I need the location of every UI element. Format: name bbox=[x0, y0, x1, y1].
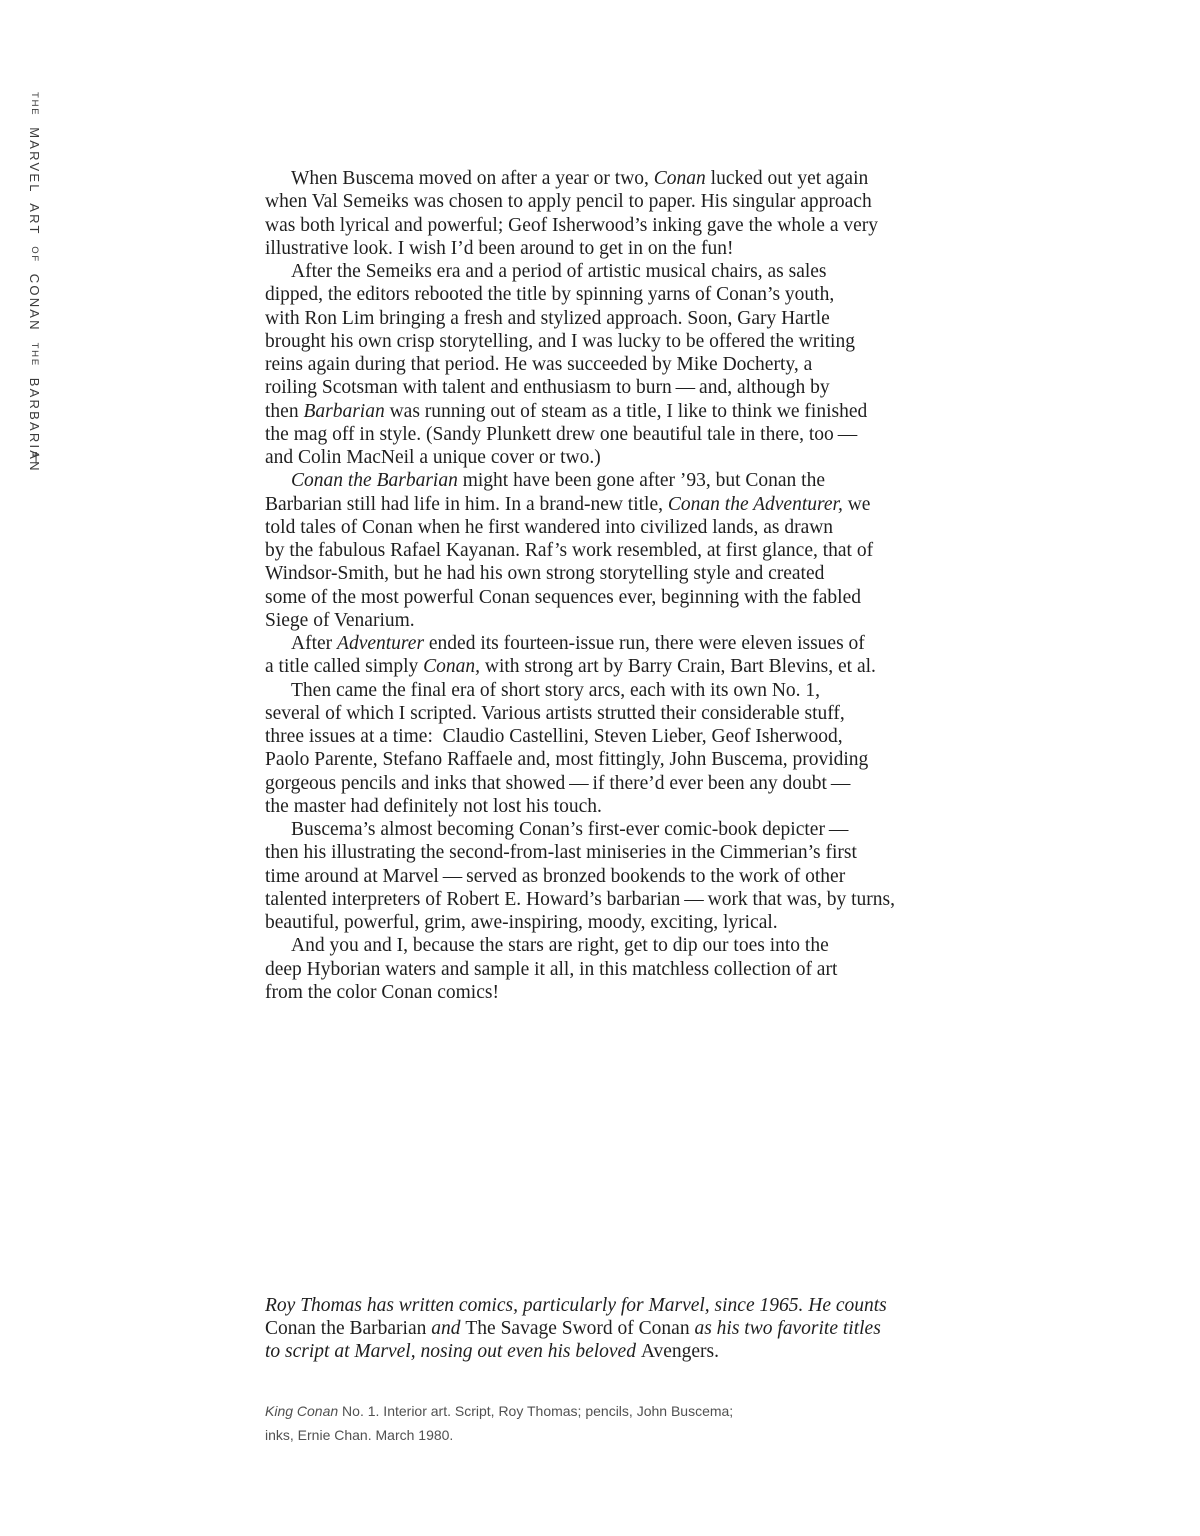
text-run: was both lyrical and powerful; Geof Ishe… bbox=[265, 215, 878, 236]
text-run: beautiful, powerful, grim, awe-inspiring… bbox=[265, 912, 778, 933]
text-run: THE bbox=[29, 92, 40, 116]
text-run: gorgeous pencils and inks that showed — … bbox=[265, 773, 850, 794]
text-line: time around at Marvel — served as bronze… bbox=[265, 865, 965, 888]
text-run: talented interpreters of Robert E. Howar… bbox=[265, 889, 895, 910]
text-line: illustrative look. I wish I’d been aroun… bbox=[265, 237, 965, 260]
text-line: told tales of Conan when he first wander… bbox=[265, 516, 965, 539]
text-line: brought his own crisp storytelling, and … bbox=[265, 330, 965, 353]
text-run: illustrative look. I wish I’d been aroun… bbox=[265, 238, 733, 259]
text-run: Siege of Venarium. bbox=[265, 610, 415, 631]
text-run: OF bbox=[29, 246, 40, 263]
text-run: Then came the final era of short story a… bbox=[291, 680, 820, 701]
text-run: then his illustrating the second-from-la… bbox=[265, 842, 857, 863]
text-run: some of the most powerful Conan sequence… bbox=[265, 587, 861, 608]
body-paragraph: After the Semeiks era and a period of ar… bbox=[265, 260, 965, 469]
text-line: Conan the Barbarian might have been gone… bbox=[265, 469, 965, 492]
text-line: After Adventurer ended its fourteen-issu… bbox=[265, 632, 965, 655]
text-run: we bbox=[843, 494, 871, 515]
text-run: to script at Marvel, nosing out even his… bbox=[265, 1341, 641, 1362]
text-line: After the Semeiks era and a period of ar… bbox=[265, 260, 965, 283]
text-run: with strong art by Barry Crain, Bart Ble… bbox=[480, 656, 876, 677]
text-run: Paolo Parente, Stefano Raffaele and, mos… bbox=[265, 749, 868, 770]
text-line: deep Hyborian waters and sample it all, … bbox=[265, 958, 965, 981]
text-run: THE bbox=[29, 343, 40, 367]
dagger-mark: † bbox=[27, 450, 45, 467]
text-line: when Val Semeiks was chosen to apply pen… bbox=[265, 190, 965, 213]
text-line: three issues at a time: Claudio Castelli… bbox=[265, 725, 965, 748]
text-line: then Barbarian was running out of steam … bbox=[265, 400, 965, 423]
text-line: was both lyrical and powerful; Geof Ishe… bbox=[265, 214, 965, 237]
text-line: And you and I, because the stars are rig… bbox=[265, 934, 965, 957]
text-line: Then came the final era of short story a… bbox=[265, 679, 965, 702]
text-run: Roy Thomas has written comics, particula… bbox=[265, 1295, 887, 1316]
text-run: might have been gone after ’93, but Cona… bbox=[458, 470, 825, 491]
text-run: When Buscema moved on after a year or tw… bbox=[291, 168, 654, 189]
text-run: Adventurer bbox=[337, 633, 424, 654]
body-paragraph: After Adventurer ended its fourteen-issu… bbox=[265, 632, 965, 679]
text-line: When Buscema moved on after a year or tw… bbox=[265, 167, 965, 190]
text-run: dipped, the editors rebooted the title b… bbox=[265, 284, 834, 305]
body-paragraph: And you and I, because the stars are rig… bbox=[265, 934, 965, 1004]
text-run: Buscema’s almost becoming Conan’s first-… bbox=[291, 819, 848, 840]
text-run: Conan the Adventurer, bbox=[668, 494, 843, 515]
text-run: Conan bbox=[654, 168, 706, 189]
text-run: brought his own crisp storytelling, and … bbox=[265, 331, 855, 352]
text-line: some of the most powerful Conan sequence… bbox=[265, 586, 965, 609]
text-line: roiling Scotsman with talent and enthusi… bbox=[265, 376, 965, 399]
text-run: time around at Marvel — served as bronze… bbox=[265, 866, 845, 887]
text-run: reins again during that period. He was s… bbox=[265, 354, 812, 375]
text-line: reins again during that period. He was s… bbox=[265, 353, 965, 376]
text-run: Barbarian bbox=[303, 401, 384, 422]
text-line: dipped, the editors rebooted the title b… bbox=[265, 283, 965, 306]
text-line: the mag off in style. (Sandy Plunkett dr… bbox=[265, 423, 965, 446]
text-run: by the fabulous Rafael Kayanan. Raf’s wo… bbox=[265, 540, 873, 561]
text-line: from the color Conan comics! bbox=[265, 981, 965, 1004]
text-run: Conan the Barbarian bbox=[291, 470, 458, 491]
text-run: After the Semeiks era and a period of ar… bbox=[291, 261, 827, 282]
text-line: Roy Thomas has written comics, particula… bbox=[265, 1294, 965, 1317]
text-line: Siege of Venarium. bbox=[265, 609, 965, 632]
text-line: Buscema’s almost becoming Conan’s first-… bbox=[265, 818, 965, 841]
text-run: Windsor-Smith, but he had his own strong… bbox=[265, 563, 824, 584]
text-run: the mag off in style. (Sandy Plunkett dr… bbox=[265, 424, 857, 445]
text-line: by the fabulous Rafael Kayanan. Raf’s wo… bbox=[265, 539, 965, 562]
text-line: with Ron Lim bringing a fresh and styliz… bbox=[265, 307, 965, 330]
text-line: Barbarian still had life in him. In a br… bbox=[265, 493, 965, 516]
text-run: the master had definitely not lost his t… bbox=[265, 796, 602, 817]
text-run: told tales of Conan when he first wander… bbox=[265, 517, 833, 538]
text-run: then bbox=[265, 401, 303, 422]
text-run: as his two favorite titles bbox=[690, 1318, 881, 1339]
text-line: the master had definitely not lost his t… bbox=[265, 795, 965, 818]
text-run: roiling Scotsman with talent and enthusi… bbox=[265, 377, 830, 398]
text-line: gorgeous pencils and inks that showed — … bbox=[265, 772, 965, 795]
text-run: The Savage Sword of Conan bbox=[465, 1318, 689, 1339]
text-line: beautiful, powerful, grim, awe-inspiring… bbox=[265, 911, 965, 934]
text-run: with Ron Lim bringing a fresh and styliz… bbox=[265, 308, 830, 329]
text-run: three issues at a time: Claudio Castelli… bbox=[265, 726, 843, 747]
text-run: After bbox=[291, 633, 337, 654]
text-line: inks, Ernie Chan. March 1980. bbox=[265, 1423, 965, 1447]
text-line: a title called simply Conan, with strong… bbox=[265, 655, 965, 678]
text-run: from the color Conan comics! bbox=[265, 982, 499, 1003]
text-run: And you and I, because the stars are rig… bbox=[291, 935, 829, 956]
text-line: then his illustrating the second-from-la… bbox=[265, 841, 965, 864]
text-run: deep Hyborian waters and sample it all, … bbox=[265, 959, 837, 980]
text-line: Conan the Barbarian and The Savage Sword… bbox=[265, 1317, 965, 1340]
text-run: King Conan bbox=[265, 1403, 338, 1419]
text-run: Avengers. bbox=[641, 1341, 719, 1362]
author-bio: Roy Thomas has written comics, particula… bbox=[265, 1294, 965, 1364]
article-body-text: When Buscema moved on after a year or tw… bbox=[265, 167, 965, 1004]
text-line: talented interpreters of Robert E. Howar… bbox=[265, 888, 965, 911]
body-paragraph: Then came the final era of short story a… bbox=[265, 679, 965, 819]
text-run: Conan the Barbarian bbox=[265, 1318, 426, 1339]
text-run: was running out of steam as a title, I l… bbox=[385, 401, 868, 422]
text-line: King Conan No. 1. Interior art. Script, … bbox=[265, 1399, 965, 1423]
text-run: No. 1. Interior art. Script, Roy Thomas;… bbox=[338, 1403, 733, 1419]
body-paragraph: When Buscema moved on after a year or tw… bbox=[265, 167, 965, 260]
artwork-caption: King Conan No. 1. Interior art. Script, … bbox=[265, 1399, 965, 1447]
text-line: to script at Marvel, nosing out even his… bbox=[265, 1340, 965, 1363]
body-paragraph: Conan the Barbarian might have been gone… bbox=[265, 469, 965, 632]
body-paragraph: Buscema’s almost becoming Conan’s first-… bbox=[265, 818, 965, 934]
text-run: a title called simply bbox=[265, 656, 423, 677]
text-run: inks, Ernie Chan. March 1980. bbox=[265, 1427, 453, 1443]
text-run: several of which I scripted. Various art… bbox=[265, 703, 845, 724]
text-run: Conan, bbox=[423, 656, 480, 677]
text-run: ended its fourteen-issue run, there were… bbox=[424, 633, 865, 654]
spine-title: THE MARVEL ART OF CONAN THE BARBARIAN bbox=[27, 92, 42, 473]
text-line: several of which I scripted. Various art… bbox=[265, 702, 965, 725]
text-line: Paolo Parente, Stefano Raffaele and, mos… bbox=[265, 748, 965, 771]
text-run: MARVEL ART bbox=[27, 116, 42, 246]
text-run: and Colin MacNeil a unique cover or two.… bbox=[265, 447, 601, 468]
text-line: Windsor-Smith, but he had his own strong… bbox=[265, 562, 965, 585]
text-run: Barbarian still had life in him. In a br… bbox=[265, 494, 668, 515]
text-run: lucked out yet again bbox=[706, 168, 868, 189]
text-run: CONAN bbox=[27, 263, 42, 343]
text-run: when Val Semeiks was chosen to apply pen… bbox=[265, 191, 872, 212]
text-run: and bbox=[426, 1318, 465, 1339]
text-line: and Colin MacNeil a unique cover or two.… bbox=[265, 446, 965, 469]
